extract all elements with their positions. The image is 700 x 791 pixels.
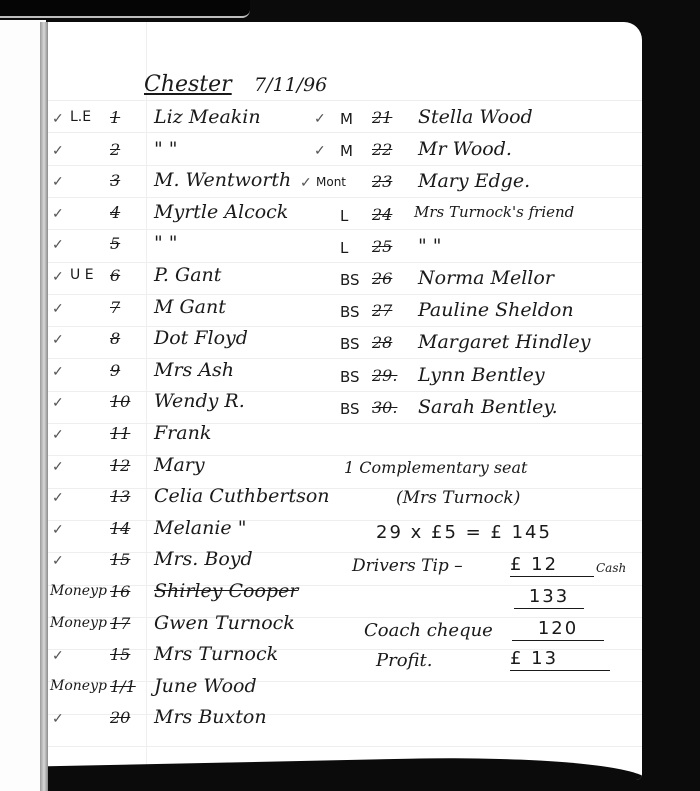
row-tag: BS (340, 402, 360, 417)
fare-calculation: 29 x £5 = £ 145 (376, 524, 552, 542)
seat-number: 12 (110, 458, 130, 474)
check-mark: ✓ (52, 175, 64, 189)
check-mark: ✓ (52, 112, 64, 126)
passenger-name: " " (154, 234, 178, 253)
ruled-line (48, 423, 642, 424)
passenger-name: Stella Wood (418, 108, 533, 127)
notebook-cover (0, 0, 250, 18)
ruled-line (48, 391, 642, 392)
row-tag: Moneyp (50, 584, 107, 598)
seat-number: 27 (372, 303, 392, 319)
passenger-name: " " (154, 140, 178, 159)
ruled-line (48, 229, 642, 230)
check-mark: ✓ (52, 270, 64, 284)
complementary-note: 1 Complementary seat (344, 460, 527, 476)
drivers-tip-value: £ 12 (510, 556, 594, 577)
drivers-tip-label: Drivers Tip – (352, 558, 463, 575)
check-mark: ✓ (52, 333, 64, 347)
row-tag: Moneyp (50, 616, 107, 630)
row-tag: BS (340, 273, 360, 288)
page-date: 7/11/96 (254, 76, 327, 95)
ruled-line (48, 455, 642, 456)
seat-number: 28 (372, 335, 392, 351)
seat-number: 22 (372, 142, 392, 158)
ruled-line (48, 132, 642, 133)
seat-number: 1/1 (110, 679, 136, 695)
complementary-note-name: (Mrs Turnock) (396, 490, 520, 507)
seat-number: 11 (110, 426, 130, 442)
passenger-name: Pauline Sheldon (418, 301, 574, 320)
ruled-line (48, 358, 642, 359)
seat-number: 8 (110, 331, 120, 347)
check-mark: ✓ (52, 207, 64, 221)
check-mark: ✓ (314, 144, 326, 158)
check-mark: ✓ (52, 712, 64, 726)
ruled-line (48, 262, 642, 263)
check-mark: ✓ (52, 554, 64, 568)
ruled-line (48, 100, 642, 101)
ruled-line (48, 488, 642, 489)
coach-cheque-label: Coach cheque (364, 622, 493, 640)
seat-number: 10 (110, 394, 130, 410)
passenger-name: Wendy R. (154, 392, 245, 411)
coach-cheque-value: 120 (512, 620, 604, 641)
page-title: Chester (144, 74, 232, 96)
seat-number: 26 (372, 271, 392, 287)
ruled-line (48, 294, 642, 295)
passenger-name: Gwen Turnock (154, 614, 295, 633)
row-tag: M (340, 144, 353, 159)
ruled-line (48, 520, 642, 521)
passenger-name: June Wood (154, 677, 257, 696)
passenger-name: " " (418, 237, 442, 256)
passenger-name: Shirley Cooper (154, 582, 298, 601)
subtotal-value: 133 (514, 588, 584, 609)
seat-number: 4 (110, 205, 120, 221)
seat-number: 7 (110, 300, 120, 316)
passenger-name: Liz Meakin (154, 108, 261, 127)
check-mark: ✓ (52, 144, 64, 158)
passenger-name: Mrs Turnock's friend (414, 205, 574, 220)
check-mark: ✓ (52, 428, 64, 442)
check-mark: ✓ (52, 491, 64, 505)
ruled-line (48, 197, 642, 198)
check-mark: ✓ (52, 649, 64, 663)
ruled-line (48, 681, 642, 682)
row-tag: Moneyp (50, 679, 107, 693)
passenger-name: Norma Mellor (418, 269, 554, 288)
passenger-name: Mary (154, 456, 205, 475)
check-mark: ✓ (52, 396, 64, 410)
ruled-line (48, 714, 642, 715)
passenger-name: Myrtle Alcock (154, 203, 288, 222)
passenger-name: Lynn Bentley (418, 366, 545, 385)
passenger-name: Mrs Buxton (154, 708, 267, 727)
passenger-name: Mrs. Boyd (154, 550, 253, 569)
passenger-name: Dot Floyd (154, 329, 248, 348)
seat-number: 1 (110, 110, 120, 126)
passenger-name: Mrs Turnock (154, 645, 278, 664)
row-tag: U E (70, 268, 94, 282)
ruled-line (48, 326, 642, 327)
seat-number: 6 (110, 268, 120, 284)
check-mark: ✓ (52, 460, 64, 474)
passenger-name: Frank (154, 424, 211, 443)
seat-number: 14 (110, 521, 130, 537)
passenger-name: Melanie " (154, 519, 246, 538)
row-tag: BS (340, 305, 360, 320)
row-tag: BS (340, 370, 360, 385)
row-tag: L (340, 241, 348, 256)
notebook-page: Chester 7/11/96 ✓L.E1Liz Meakin✓2" "✓3M.… (48, 22, 642, 780)
seat-number: 13 (110, 489, 130, 505)
seat-number: 2 (110, 142, 120, 158)
passenger-name: M. Wentworth (154, 171, 291, 190)
drivers-tip-note: Cash (596, 562, 626, 574)
ruled-line (48, 746, 642, 747)
check-mark: ✓ (52, 302, 64, 316)
seat-number: 25 (372, 239, 392, 255)
seat-number: 3 (110, 173, 120, 189)
seat-number: 5 (110, 236, 120, 252)
seat-number: 9 (110, 363, 120, 379)
passenger-name: Celia Cuthbertson (154, 487, 330, 506)
seat-number: 15 (110, 647, 130, 663)
passenger-name: Mr Wood. (418, 140, 512, 159)
seat-number: 15 (110, 552, 130, 568)
check-mark: ✓ (52, 365, 64, 379)
passenger-name: Sarah Bentley. (418, 398, 558, 417)
passenger-name: M Gant (154, 298, 226, 317)
profit-value: £ 13 (510, 650, 610, 671)
seat-number: 30. (372, 400, 397, 416)
seat-number: 16 (110, 584, 130, 600)
ruled-line (48, 552, 642, 553)
passenger-name: Mary Edge. (418, 172, 530, 191)
margin-rule (146, 22, 147, 780)
check-mark: ✓ (300, 176, 312, 190)
seat-number: 20 (110, 710, 130, 726)
seat-number: 23 (372, 174, 392, 190)
ruled-line (48, 165, 642, 166)
row-tag: L.E (70, 110, 91, 124)
row-tag: L (340, 209, 348, 224)
row-tag: Mont (316, 176, 346, 188)
passenger-name: Mrs Ash (154, 361, 234, 380)
seat-number: 17 (110, 616, 130, 632)
check-mark: ✓ (314, 112, 326, 126)
seat-number: 21 (372, 110, 392, 126)
row-tag: BS (340, 337, 360, 352)
passenger-name: Margaret Hindley (418, 333, 590, 352)
check-mark: ✓ (52, 523, 64, 537)
notebook-binding (40, 22, 48, 791)
passenger-name: P. Gant (154, 266, 221, 285)
seat-number: 29. (372, 368, 397, 384)
row-tag: M (340, 112, 353, 127)
seat-number: 24 (372, 207, 392, 223)
profit-label: Profit. (376, 652, 433, 670)
check-mark: ✓ (52, 238, 64, 252)
